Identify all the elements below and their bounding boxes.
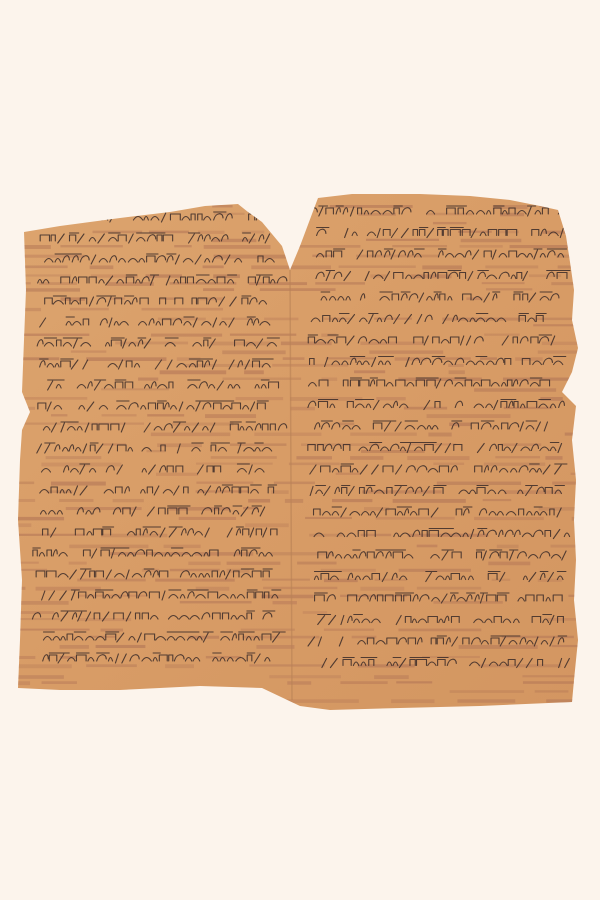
bark-leaf <box>10 194 600 710</box>
manuscript-photo <box>0 0 600 900</box>
